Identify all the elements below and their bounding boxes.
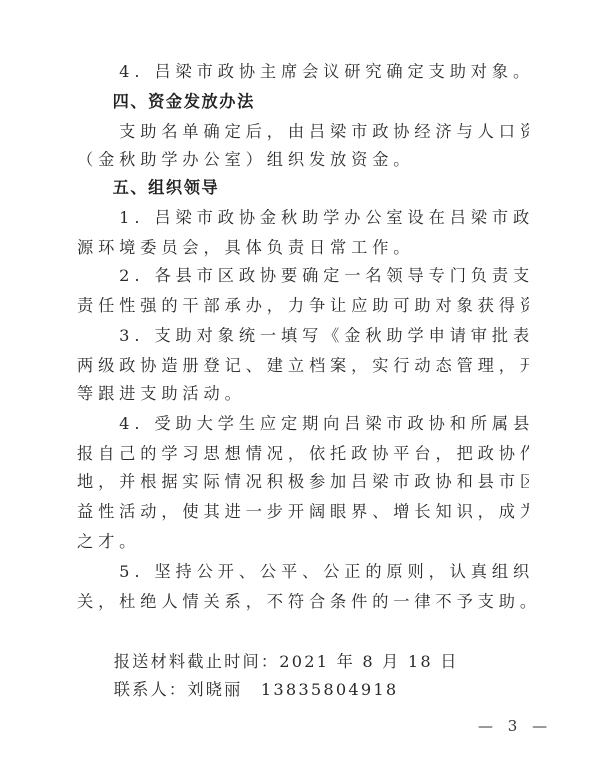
item-4-line-1: 4. 受助大学生应定期向吕梁市政协和所属县市区政协书面汇 (77, 414, 529, 434)
section-heading-fund-distribution: 四、资金发放办法 (77, 92, 529, 112)
item-1-line-2: 源环境委员会，具体负责日常工作。 (77, 238, 529, 258)
submission-deadline: 报送材料截止时间：2021 年 8 月 18 日 (77, 652, 529, 672)
item-1-line-1: 1. 吕梁市政协金秋助学办公室设在吕梁市政协经济与人口资 (77, 208, 529, 228)
item-4-line-5: 之才。 (77, 532, 529, 552)
item-4-line-2: 报自己的学习思想情况，依托政协平台，把政协作为见习实习基 (77, 444, 529, 464)
paragraph-fund-distribution-line-1: 支助名单确定后，由吕梁市政协经济与人口资源环境委员会 (77, 122, 529, 142)
item-3-line-2: 两级政协造册登记、建立档案，实行动态管理，开展回访、座谈 (77, 356, 529, 376)
document-page: 4. 吕梁市政协主席会议研究确定支助对象。 四、资金发放办法 支助名单确定后，由… (0, 0, 600, 780)
item-4-line-4: 益性活动，使其进一步开阔眼界、增长知识，成为社会建设栋梁 (77, 502, 529, 522)
item-4-chairman-meeting: 4. 吕梁市政协主席会议研究确定支助对象。 (77, 62, 529, 82)
page-number: — 3 — (478, 717, 552, 735)
item-5-line-1: 5. 坚持公开、公平、公正的原则，认真组织落实，严把审核 (77, 562, 529, 582)
item-5-line-2: 关，杜绝人情关系，不符合条件的一律不予支助。 (77, 592, 529, 612)
paragraph-fund-distribution-line-2: （金秋助学办公室）组织发放资金。 (77, 150, 529, 170)
contact-person: 联系人：刘晓丽 13835804918 (77, 680, 529, 700)
item-3-line-1: 3. 支助对象统一填写《金秋助学申请审批表》。市、县市区 (77, 326, 529, 346)
item-2-line-1: 2. 各县市区政协要确定一名领导专门负责支助工作，并安排 (77, 266, 529, 286)
item-3-line-3: 等跟进支助活动。 (77, 384, 529, 404)
item-2-line-2: 责任性强的干部承办，力争让应助可助对象获得资助。 (77, 296, 529, 316)
section-heading-organization: 五、组织领导 (77, 178, 529, 198)
item-4-line-3: 地，并根据实际情况积极参加吕梁市政协和县市区政协组织的公 (77, 472, 529, 492)
